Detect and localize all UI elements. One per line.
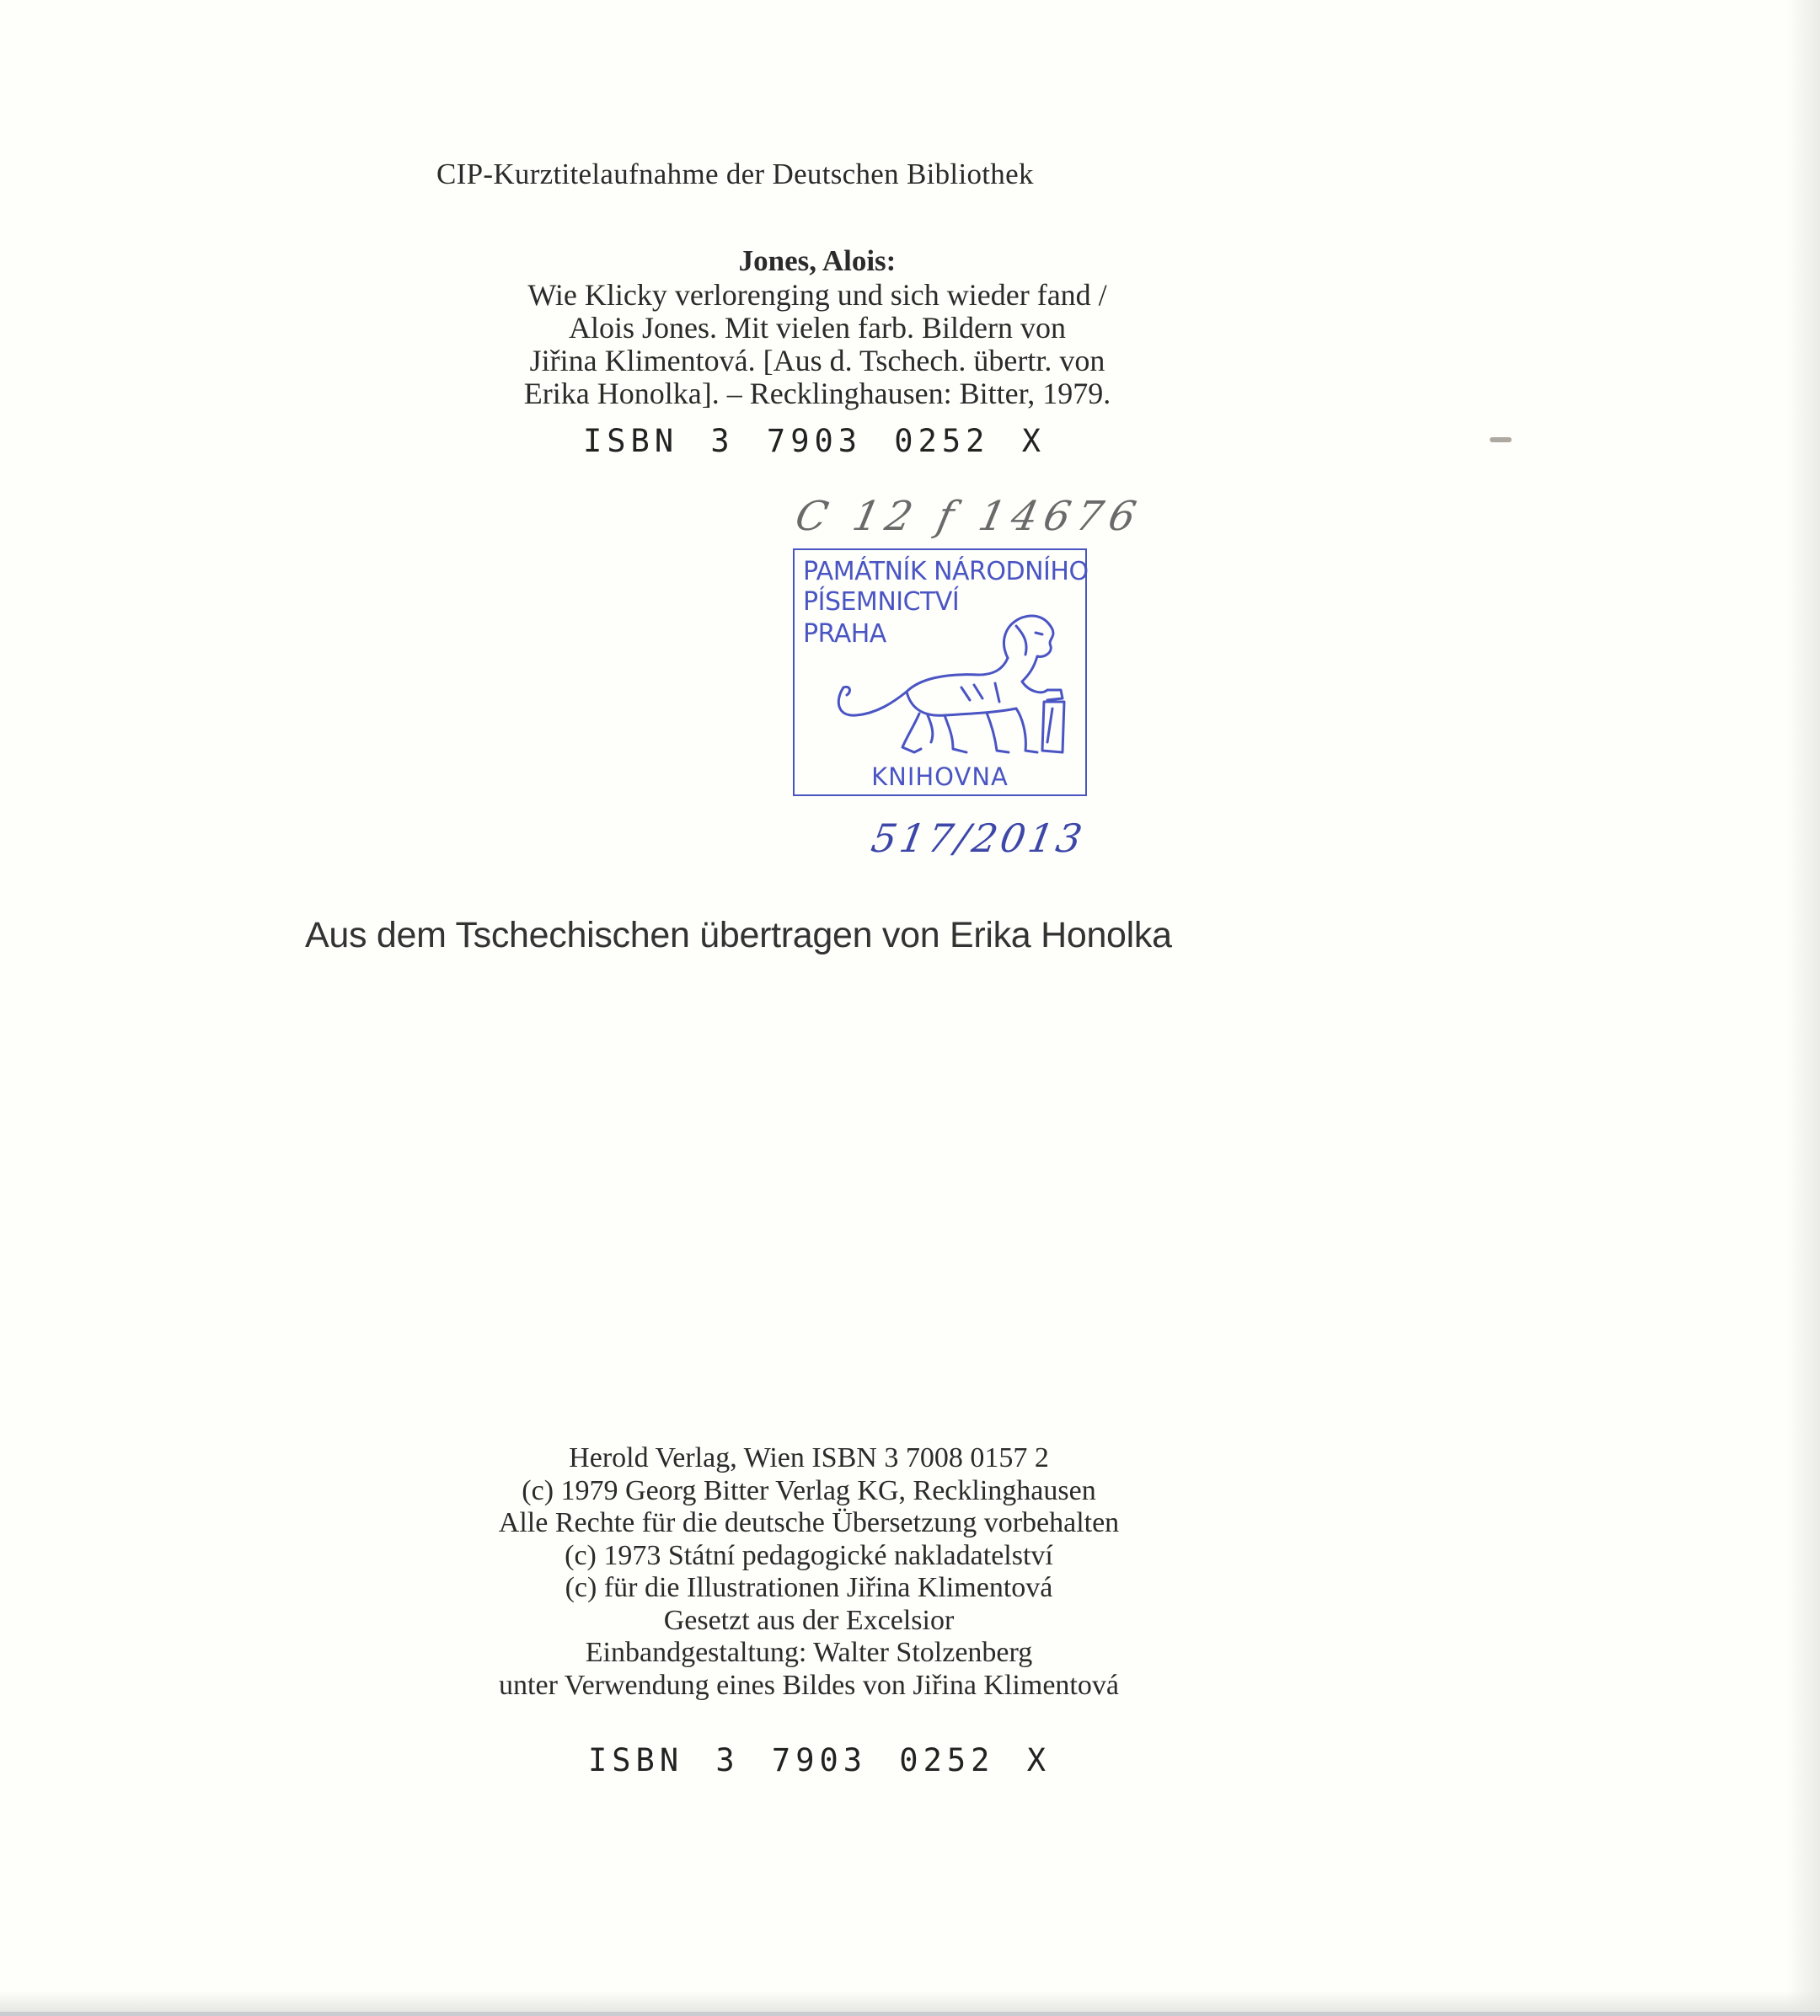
imprint-line: Alle Rechte für die deutsche Übersetzung…	[404, 1507, 1213, 1540]
imprint-line: (c) für die Illustrationen Jiřina Klimen…	[404, 1572, 1213, 1605]
cip-header: CIP-Kurztitelaufnahme der Deutschen Bibl…	[436, 158, 1170, 191]
cip-line: Wie Klicky verlorenging und sich wieder …	[438, 279, 1196, 312]
cip-line: Erika Honolka]. – Recklinghausen: Bitter…	[438, 377, 1196, 410]
handwritten-accession-number: 517/2013	[868, 815, 1089, 861]
stamp-line: PAMÁTNÍK NÁRODNÍHO	[803, 559, 1089, 586]
stamp-bottom-label: KNIHOVNA	[795, 762, 1085, 791]
page-bottom-edge	[0, 2012, 1820, 2016]
handwritten-shelfmark: C 12 f 14676	[791, 493, 1147, 540]
imprint-line: (c) 1979 Georg Bitter Verlag KG, Recklin…	[404, 1475, 1213, 1508]
library-stamp: PAMÁTNÍK NÁRODNÍHO PÍSEMNICTVÍ PRAHA	[793, 548, 1087, 796]
imprint-line: unter Verwendung eines Bildes von Jiřina…	[404, 1670, 1213, 1703]
imprint-line: Einbandgestaltung: Walter Stolzenberg	[404, 1637, 1213, 1670]
cip-record: Jones, Alois: Wie Klicky verlorenging un…	[438, 244, 1196, 410]
stray-mark	[1490, 437, 1512, 442]
imprint-line: (c) 1973 Státní pedagogické nakladatelst…	[404, 1540, 1213, 1573]
imprint: Herold Verlag, Wien ISBN 3 7008 0157 2 (…	[404, 1442, 1213, 1702]
lion-icon	[827, 607, 1079, 767]
cip-line: Alois Jones. Mit vielen farb. Bildern vo…	[438, 312, 1196, 345]
cip-line: Jiřina Klimentová. [Aus d. Tschech. über…	[438, 345, 1196, 377]
imprint-line: Herold Verlag, Wien ISBN 3 7008 0157 2	[404, 1442, 1213, 1475]
imprint-line: Gesetzt aus der Excelsior	[404, 1605, 1213, 1638]
cip-author: Jones, Alois:	[438, 244, 1196, 277]
cip-isbn: ISBN 3 7903 0252 X	[583, 423, 1046, 459]
translator-note: Aus dem Tschechischen übertragen von Eri…	[305, 915, 1172, 956]
imprint-isbn: ISBN 3 7903 0252 X	[588, 1742, 1051, 1778]
page-edge-shadow-right	[1786, 0, 1820, 2016]
